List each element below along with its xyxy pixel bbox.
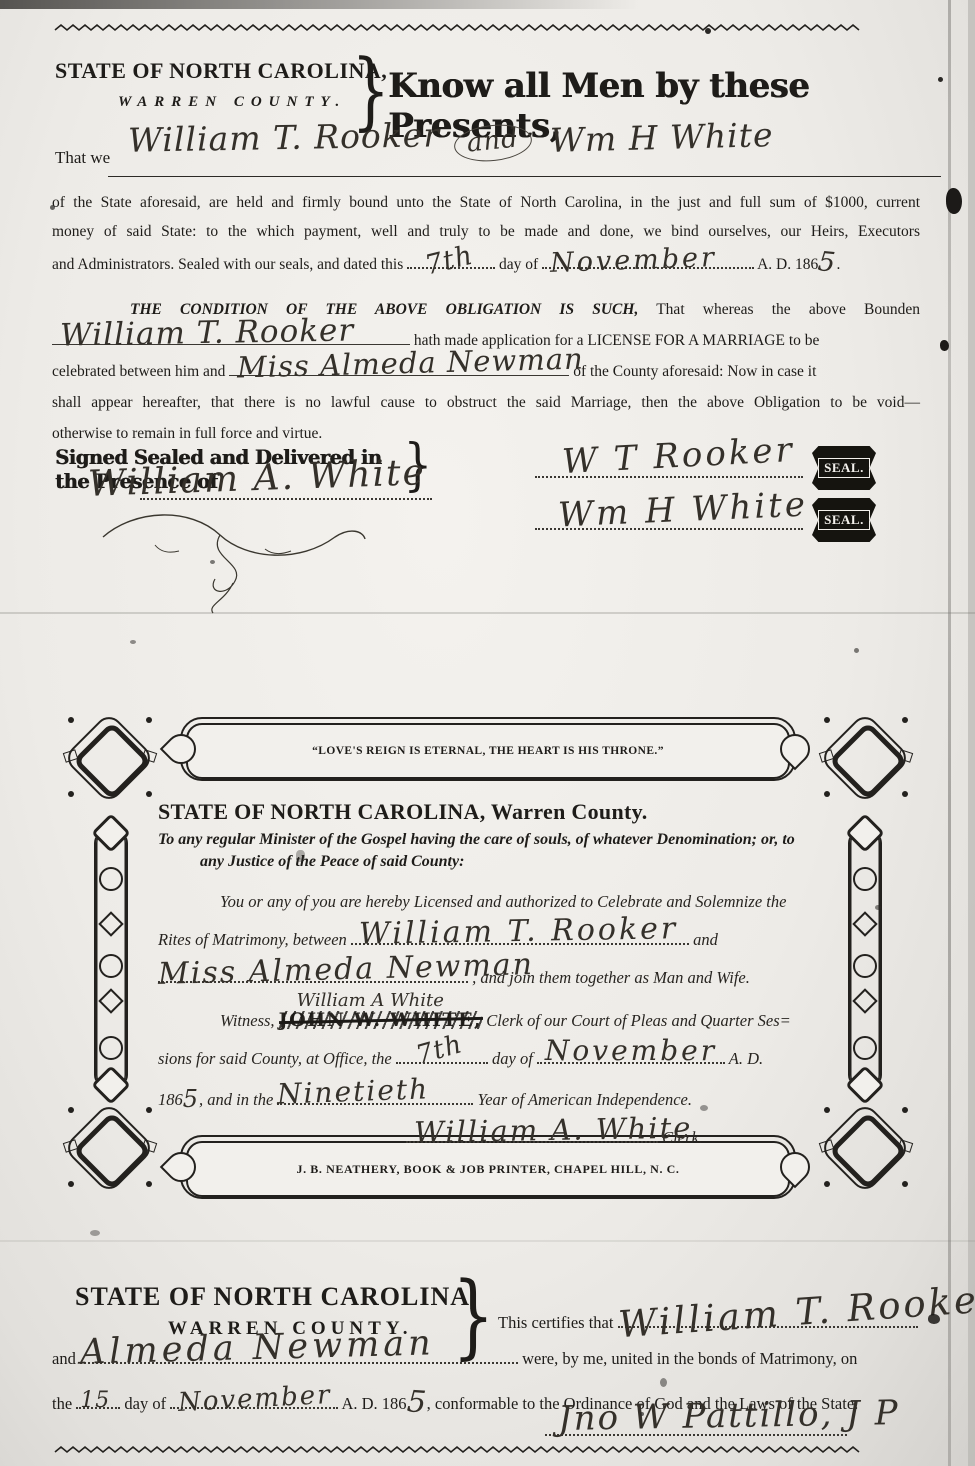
license-address: To any regular Minister of the Gospel ha… <box>158 829 822 873</box>
dated-this-text: and Administrators. Sealed with our seal… <box>52 256 403 273</box>
ad-year-text: A. D. 186 <box>757 256 818 273</box>
dust-speck <box>640 1412 644 1416</box>
year-digit-handwriting: 5 <box>817 247 838 278</box>
marriage-license-certificate: “LOVE'S REIGN IS ETERNAL, THE HEART IS H… <box>62 703 914 1215</box>
bride-handwriting: Miss Almeda Newman <box>237 344 584 384</box>
period: . <box>836 256 840 273</box>
condition-line3: celebrated between him and Miss Almeda N… <box>52 356 920 387</box>
address-line1: To any regular Minister of the Gospel ha… <box>158 831 795 848</box>
party2-handwriting: Wm H White <box>549 115 773 160</box>
seal-badge-2: SEAL. <box>812 498 876 542</box>
ink-blob <box>940 340 949 351</box>
seal-label: SEAL. <box>818 458 870 478</box>
dust-speck <box>90 1230 100 1236</box>
dust-speck <box>130 640 136 644</box>
bond-body-paragraph: of the State aforesaid, are held and fir… <box>52 188 920 279</box>
sions-text: sions for said County, at Office, the <box>158 1049 392 1068</box>
address-line2: any Justice of the Peace of said County: <box>158 851 822 873</box>
groom-handwriting: William T. Rooker <box>617 1277 975 1347</box>
independence-blank: Ninetieth <box>277 1089 473 1105</box>
independence-text: Year of American Independence. <box>478 1090 692 1109</box>
dust-speck <box>938 77 943 82</box>
county-aforesaid-text: of the County aforesaid: Now in case it <box>573 363 816 380</box>
year-prefix: 186 <box>158 1090 183 1109</box>
bride-blank: Almeda Newman <box>80 1348 518 1364</box>
vertical-fold-crease <box>948 0 951 1466</box>
conjunction-circled: and <box>452 121 533 165</box>
dust-speck <box>875 905 881 910</box>
stain <box>660 1378 667 1387</box>
year-digit-handwriting: 5 <box>183 1080 199 1118</box>
license-content: STATE OF NORTH CAROLINA, Warren County. … <box>158 799 822 1157</box>
license-line4: Witness, William A White JOHN W. WHITE, … <box>158 1001 822 1040</box>
month-handwriting: November <box>178 1380 333 1418</box>
united-text: were, by me, united in the bonds of Matr… <box>522 1349 857 1368</box>
seal-label: SEAL. <box>818 510 870 530</box>
zigzag-rule-top <box>54 22 866 34</box>
ink-blob <box>928 1314 940 1324</box>
dust-speck <box>210 560 215 564</box>
month-blank: November <box>537 1048 725 1064</box>
day-of-text: day of <box>492 1049 533 1068</box>
witness-word: Witness, <box>220 1011 275 1030</box>
bond-condition-paragraph: THE CONDITION OF THE ABOVE OBLIGATION IS… <box>52 294 920 449</box>
and-in-the-text: , and in the <box>199 1090 273 1109</box>
day-handwriting: 7th <box>422 240 476 280</box>
principal-blank: William T. Rooker <box>52 331 410 345</box>
dust-speck <box>705 28 711 34</box>
signature-flourish <box>95 505 375 615</box>
groom-blank: William T. Rooker <box>351 929 689 945</box>
dust-speck <box>700 1105 708 1111</box>
license-line5: sions for said County, at Office, the 7t… <box>158 1040 822 1078</box>
stain <box>296 850 305 862</box>
day-of-text: day of <box>124 1394 166 1413</box>
seal-badge-1: SEAL. <box>812 446 876 490</box>
certifies-line: This certifies that William T. Rooker <box>498 1312 918 1333</box>
clerk-of-court-text: Clerk of our Court of Pleas and Quarter … <box>486 1011 790 1030</box>
bond-body-line1: of the State aforesaid, are held and fir… <box>52 188 920 217</box>
between-text: Rites of Matrimony, between <box>158 930 347 949</box>
and-text: and <box>52 1349 76 1368</box>
day-blank: 7th <box>396 1048 488 1064</box>
parties-rule-line <box>108 176 941 177</box>
bride-blank: Miss Almeda Newman <box>229 362 569 376</box>
license-body: You or any of you are hereby Licensed an… <box>158 883 822 1157</box>
clerk-signature-handwriting: William A. White <box>414 1109 693 1152</box>
scan-edge-shadow <box>0 0 640 9</box>
independence-handwriting: Ninetieth <box>277 1070 430 1113</box>
corner-ornament-top-left <box>62 703 158 825</box>
condition-rest: That whereas the above Bounden <box>656 301 920 318</box>
horizontal-fold-crease <box>0 1240 975 1242</box>
month-blank: November <box>170 1393 338 1409</box>
month-handwriting: November <box>545 1032 717 1070</box>
certification-state-heading: STATE OF NORTH CAROLINA, <box>75 1282 478 1312</box>
bond-body-line3: and Administrators. Sealed with our seal… <box>52 246 920 279</box>
groom-blank: William T. Rooker <box>618 1312 918 1328</box>
printer-credit: J. B. NEATHERY, BOOK & JOB PRINTER, CHAP… <box>296 1162 679 1177</box>
bond-body-line2: money of said State: to the which paymen… <box>52 217 920 246</box>
ink-blob <box>946 188 962 214</box>
zigzag-rule-bottom <box>54 1444 866 1456</box>
motto-ribbon: “LOVE'S REIGN IS ETERNAL, THE HEART IS H… <box>180 717 796 781</box>
the-text: the <box>52 1394 72 1413</box>
motto-text: “LOVE'S REIGN IS ETERNAL, THE HEART IS H… <box>312 745 664 757</box>
certification-line2: and Almeda Newman were, by me, united in… <box>52 1348 857 1369</box>
celebrated-text: celebrated between him and <box>52 363 225 380</box>
side-border-right <box>838 831 892 1087</box>
license-title: STATE OF NORTH CAROLINA, Warren County. <box>158 799 822 825</box>
bond-state-heading: STATE OF NORTH CAROLINA, <box>55 58 387 84</box>
bond-county-heading: WARREN COUNTY. <box>118 94 346 111</box>
bond-parties-handwriting: William T. Rooker and Wm H White <box>128 118 773 161</box>
condition-line4: shall appear hereafter, that there is no… <box>52 387 920 418</box>
officiant-signature-handwriting: Jno W Pattillo, J P <box>558 1393 900 1439</box>
license-line3: Miss Almeda Newman , and join them toget… <box>158 959 822 997</box>
clerk-signature-blank: William A. White <box>406 1127 658 1143</box>
year-digit-handwriting: 5 <box>405 1384 427 1420</box>
bride-handwriting: Almeda Newman <box>79 1324 435 1373</box>
corner-ornament-bottom-right <box>818 1093 914 1215</box>
day-handwriting: 15 <box>80 1388 110 1413</box>
bride-blank: Miss Almeda Newman <box>158 967 468 983</box>
dust-speck <box>854 648 859 653</box>
license-line7: William A. White Clerk. <box>406 1119 822 1157</box>
day-blank: 7th <box>407 254 495 269</box>
corner-ornament-bottom-left <box>62 1093 158 1215</box>
day-blank: 15 <box>76 1393 120 1409</box>
dust-speck <box>50 205 55 210</box>
page-right-edge <box>968 0 975 1466</box>
side-border-left <box>84 831 138 1087</box>
ad-text: A. D. <box>729 1049 763 1068</box>
certifies-label: This certifies that <box>498 1313 613 1332</box>
principal-handwriting: William T. Rooker <box>60 315 355 351</box>
ad-year-text: A. D. 186 <box>341 1394 406 1413</box>
day-of-text: day of <box>499 256 538 273</box>
scanned-document-page: STATE OF NORTH CAROLINA, WARREN COUNTY. … <box>0 0 975 1466</box>
that-we-label: That we <box>55 148 110 168</box>
and-text: and <box>693 930 718 949</box>
month-blank: November <box>542 254 754 269</box>
corner-ornament-top-right <box>818 703 914 825</box>
month-handwriting: November <box>550 243 718 278</box>
party1-handwriting: William T. Rooker <box>128 115 441 159</box>
